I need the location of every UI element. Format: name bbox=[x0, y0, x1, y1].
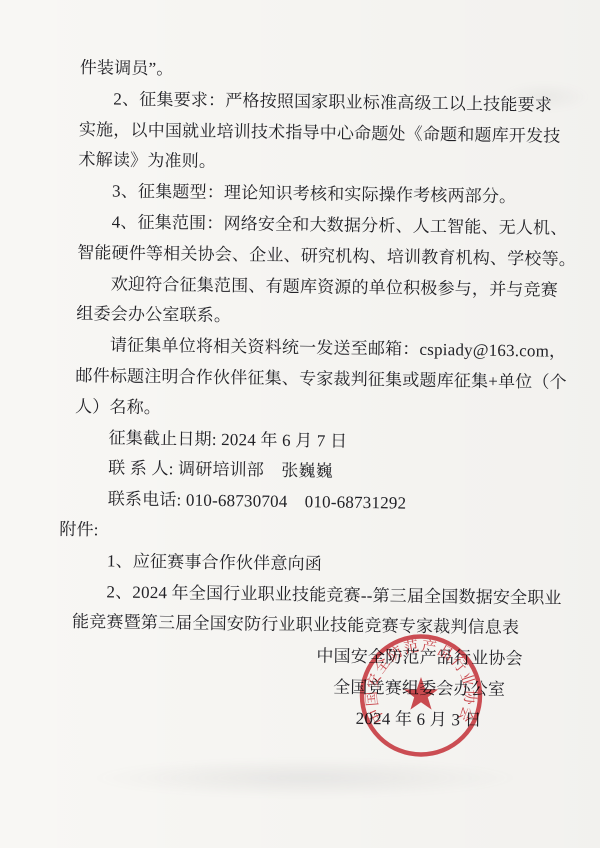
document-line-contact-phone: 联系电话: 010-68730704 010-68731292 bbox=[74, 484, 534, 521]
official-seal: 中国安全防范产品行业协会 bbox=[356, 632, 486, 762]
scan-smudge bbox=[500, 82, 590, 112]
scan-smudge bbox=[90, 758, 520, 798]
document-page: 件装调员”。 2、征集要求：严格按照国家职业标准高级工以上技能要求 实施，以中国… bbox=[0, 0, 600, 848]
star-icon bbox=[404, 677, 438, 710]
